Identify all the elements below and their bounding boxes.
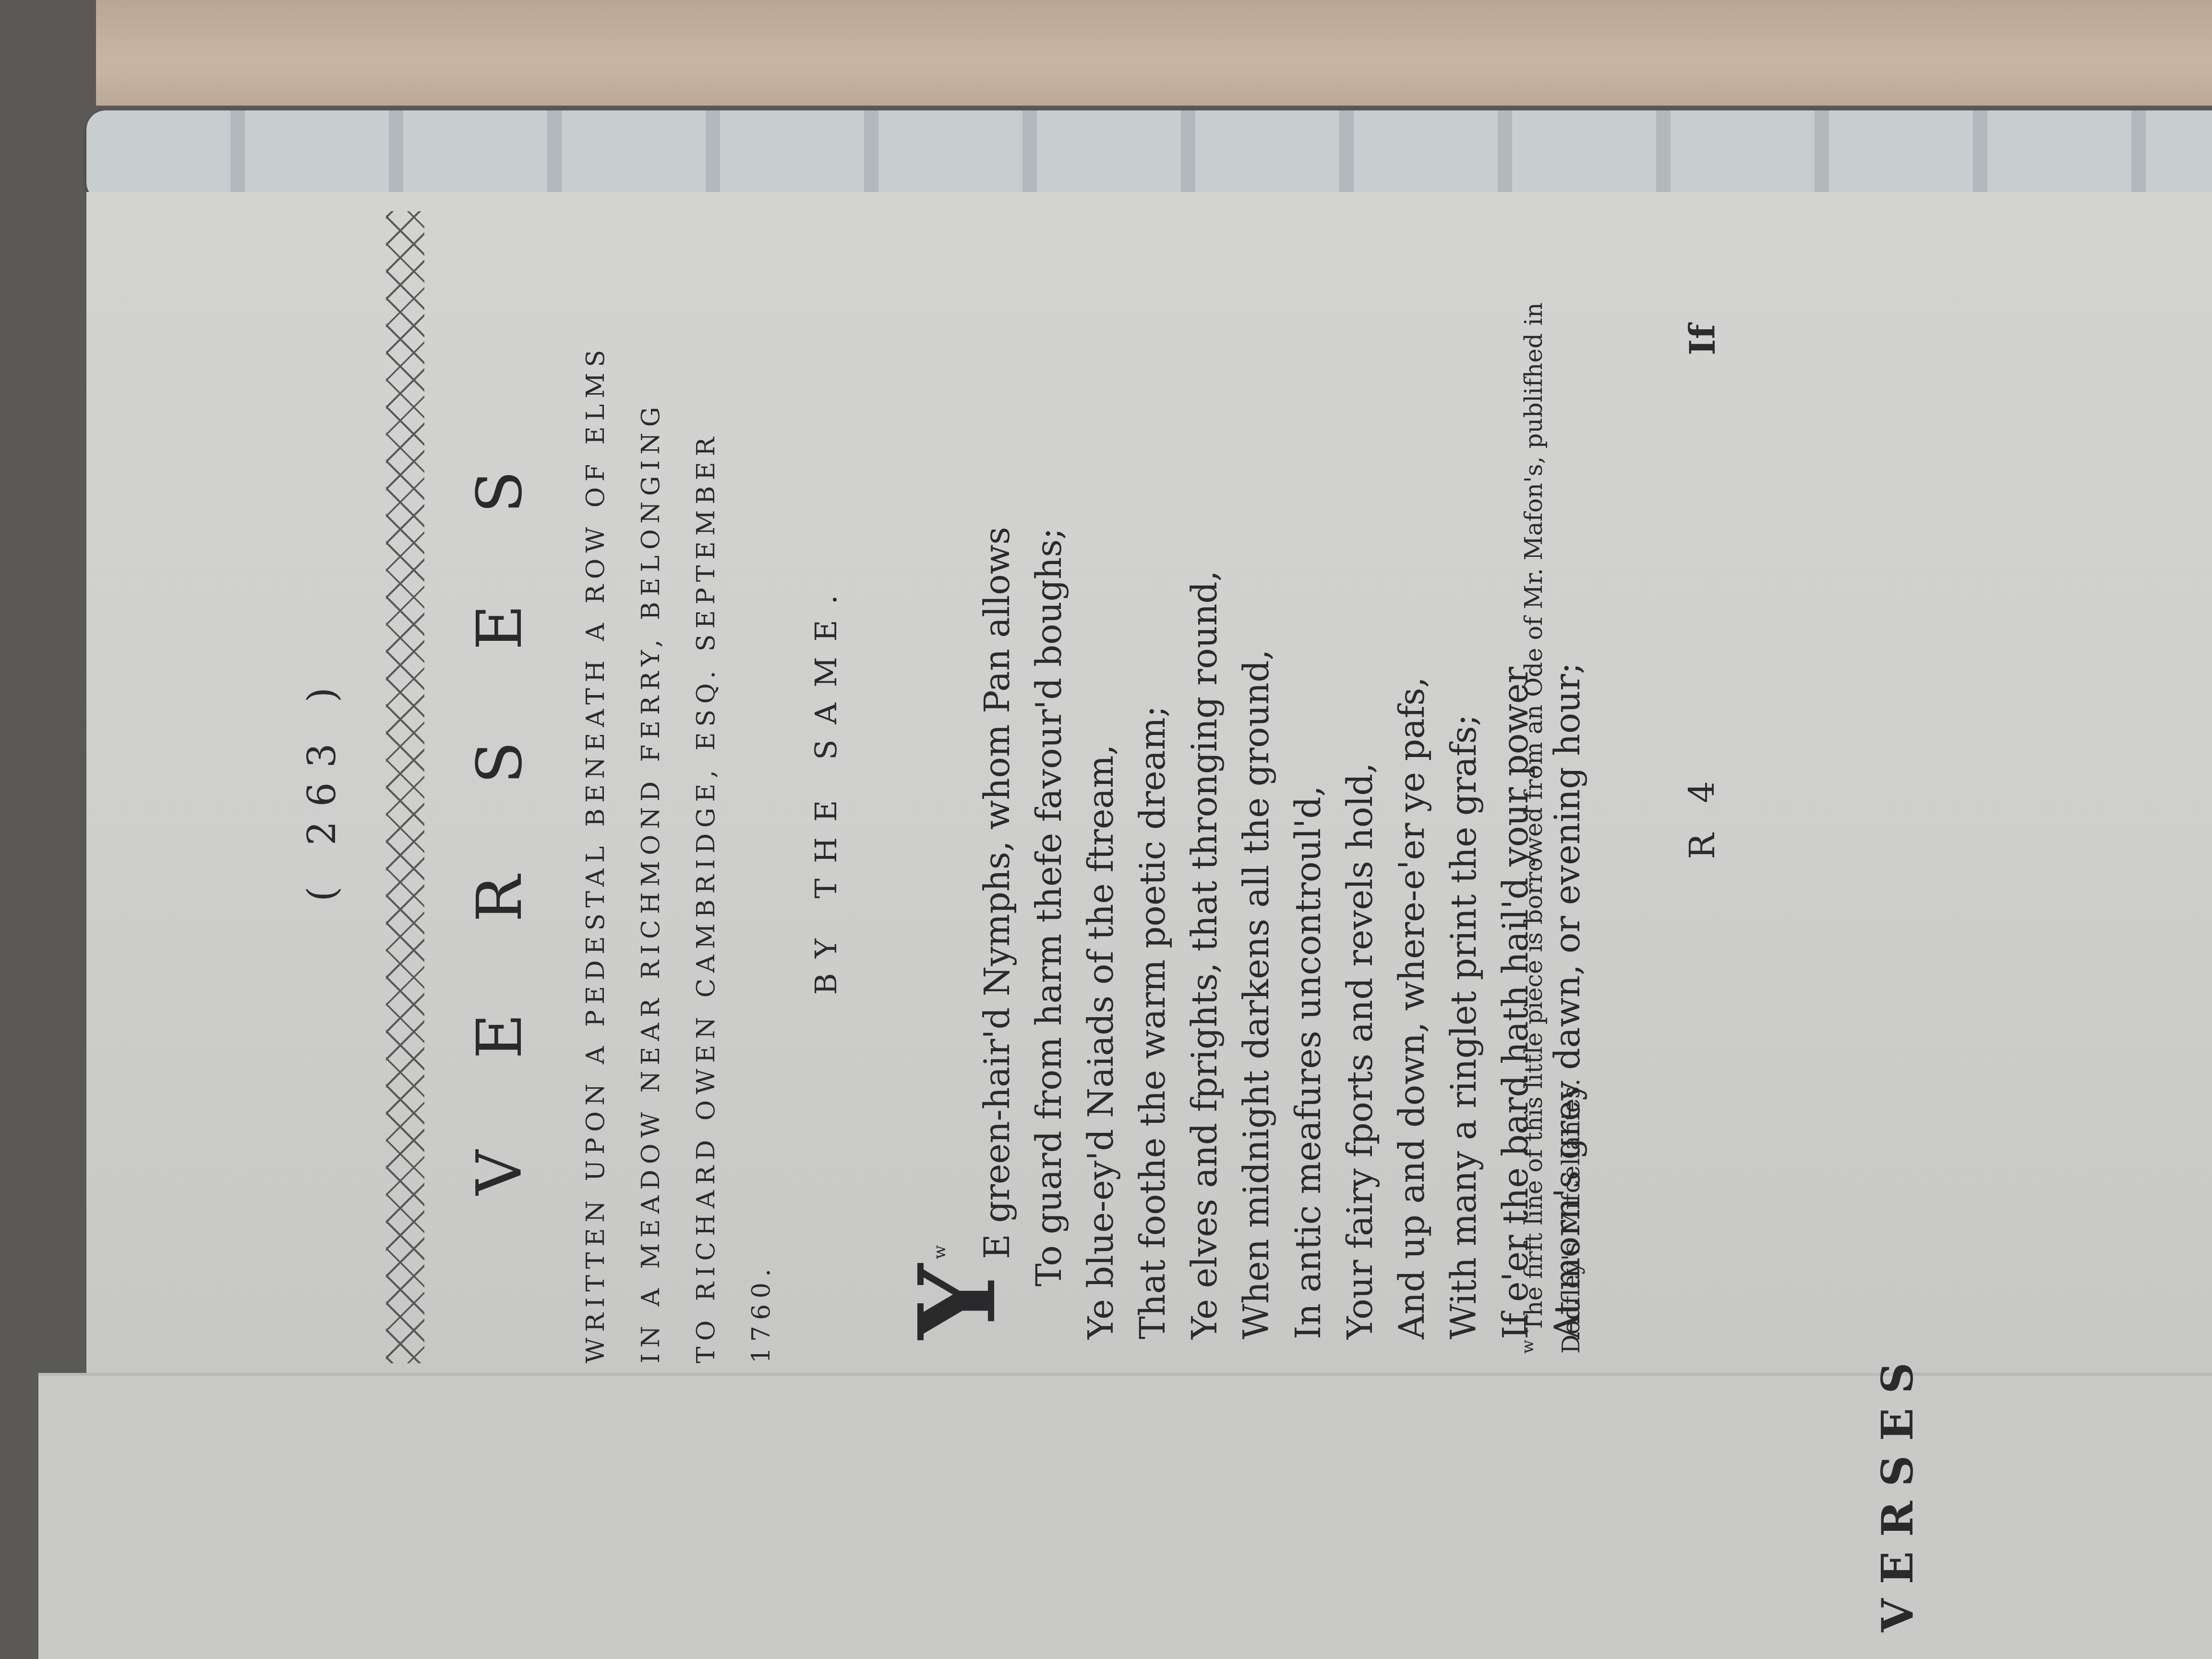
poem-line: With many a ringlet print the grafs; (1438, 211, 1490, 1339)
book-top-edge (96, 0, 2212, 106)
poem-line: That foothe the warm poetic dream; (1127, 211, 1178, 1339)
subtitle-line: IN A MEADOW NEAR RICHMOND FERRY, BELONGI… (624, 211, 679, 1363)
poem-line: When midnight darkens all the ground, (1230, 211, 1282, 1339)
footnote: w The firft line of this little piece is… (1509, 211, 1590, 1354)
poem-line: Ye blue-ey'd Naiads of the ftream, (1075, 211, 1127, 1339)
page-number: ( 263 ) (300, 163, 344, 1411)
ornament-border-icon (386, 211, 424, 1363)
footnote-text: The firft line of this little piece is b… (1520, 302, 1585, 1354)
poem-line: To guard from harm thefe favour'd boughs… (1023, 211, 1075, 1339)
poem-line: Your fairy fports and revels hold, (1334, 211, 1386, 1339)
subtitle-line: WRITTEN UPON A PEDESTAL BENEATH A ROW OF… (568, 211, 624, 1363)
subtitle: WRITTEN UPON A PEDESTAL BENEATH A ROW OF… (568, 211, 789, 1363)
subtitle-line: 1760. (734, 211, 789, 1363)
catchword: If (1682, 324, 1723, 355)
poem-line: Ye elves and fprights, that thronging ro… (1178, 211, 1230, 1339)
poem-line: E green-hair'd Nymphs, whom Pan allows (971, 211, 1023, 1339)
poem: w Y E green-hair'd Nymphs, whom Pan allo… (914, 211, 1593, 1339)
byline: BY THE SAME. (808, 163, 843, 1411)
poem-line: In antic meafures uncontroul'd, (1282, 211, 1334, 1339)
poem-line: And up and down, where-e'er ye pafs, (1386, 211, 1438, 1339)
signature-mark: R 4 (1682, 771, 1722, 859)
subtitle-line: TO RICHARD OWEN CAMBRIDGE, ESQ. SEPTEMBE… (679, 211, 734, 1363)
footnote-marker: w (1518, 1340, 1538, 1354)
page-content: ( 263 ) VERSES WRITTEN UPON A PEDESTAL B… (261, 163, 2037, 1411)
left-page-running-head: VERSES (1872, 1348, 1923, 1632)
page-title: VERSES (463, 163, 536, 1411)
drop-cap: Y (914, 1264, 1000, 1339)
footnote-marker: w (930, 1245, 950, 1259)
